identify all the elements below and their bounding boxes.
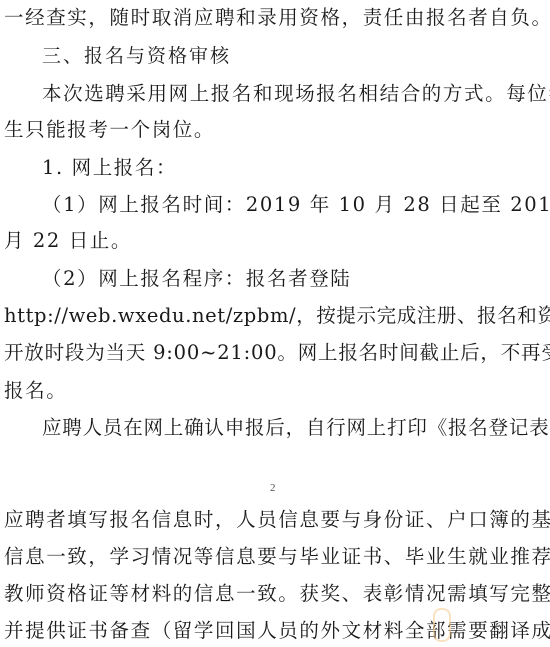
paragraph-line: 信息一致，学习情况等信息要与毕业证书、毕业生就业推荐表、: [4, 545, 546, 569]
paragraph-line: 报名。: [4, 379, 546, 403]
paragraph-line: （2）网上报名程序：报名者登陆: [42, 267, 546, 291]
paragraph-line: 生只能报考一个岗位。: [4, 118, 546, 142]
paragraph-line: 月 22 日止。: [4, 229, 546, 253]
paragraph-line: 一经查实，随时取消应聘和录用资格，责任由报名者自负。: [4, 6, 546, 30]
page-number: 2: [270, 482, 276, 494]
paragraph-line: 开放时段为当天 9:00~21:00。网上报名时间截止后，不再受理: [4, 341, 546, 365]
watermark-mark: [433, 608, 451, 642]
paragraph-line: 本次选聘采用网上报名和现场报名相结合的方式。每位考: [42, 82, 546, 106]
paragraph-line: （1）网上报名时间：2019 年 10 月 28 日起至 2019 年 11: [42, 193, 546, 217]
paragraph-line: 并提供证书备查（留学回国人员的外文材料全部需要翻译成中: [4, 619, 546, 643]
paragraph-line: 应聘人员在网上确认申报后，自行网上打印《报名登记表》。: [42, 416, 546, 440]
paragraph-line: 应聘者填写报名信息时，人员信息要与身份证、户口簿的基本: [4, 508, 546, 532]
paragraph-line: 教师资格证等材料的信息一致。获奖、表彰情况需填写完整，: [4, 582, 546, 606]
section-heading: 三、报名与资格审核: [42, 44, 546, 68]
url-line: http://web.wxedu.net/zpbm/，按提示完成注册、报名和资料…: [4, 304, 546, 328]
subsection-heading: 1. 网上报名：: [42, 156, 546, 180]
